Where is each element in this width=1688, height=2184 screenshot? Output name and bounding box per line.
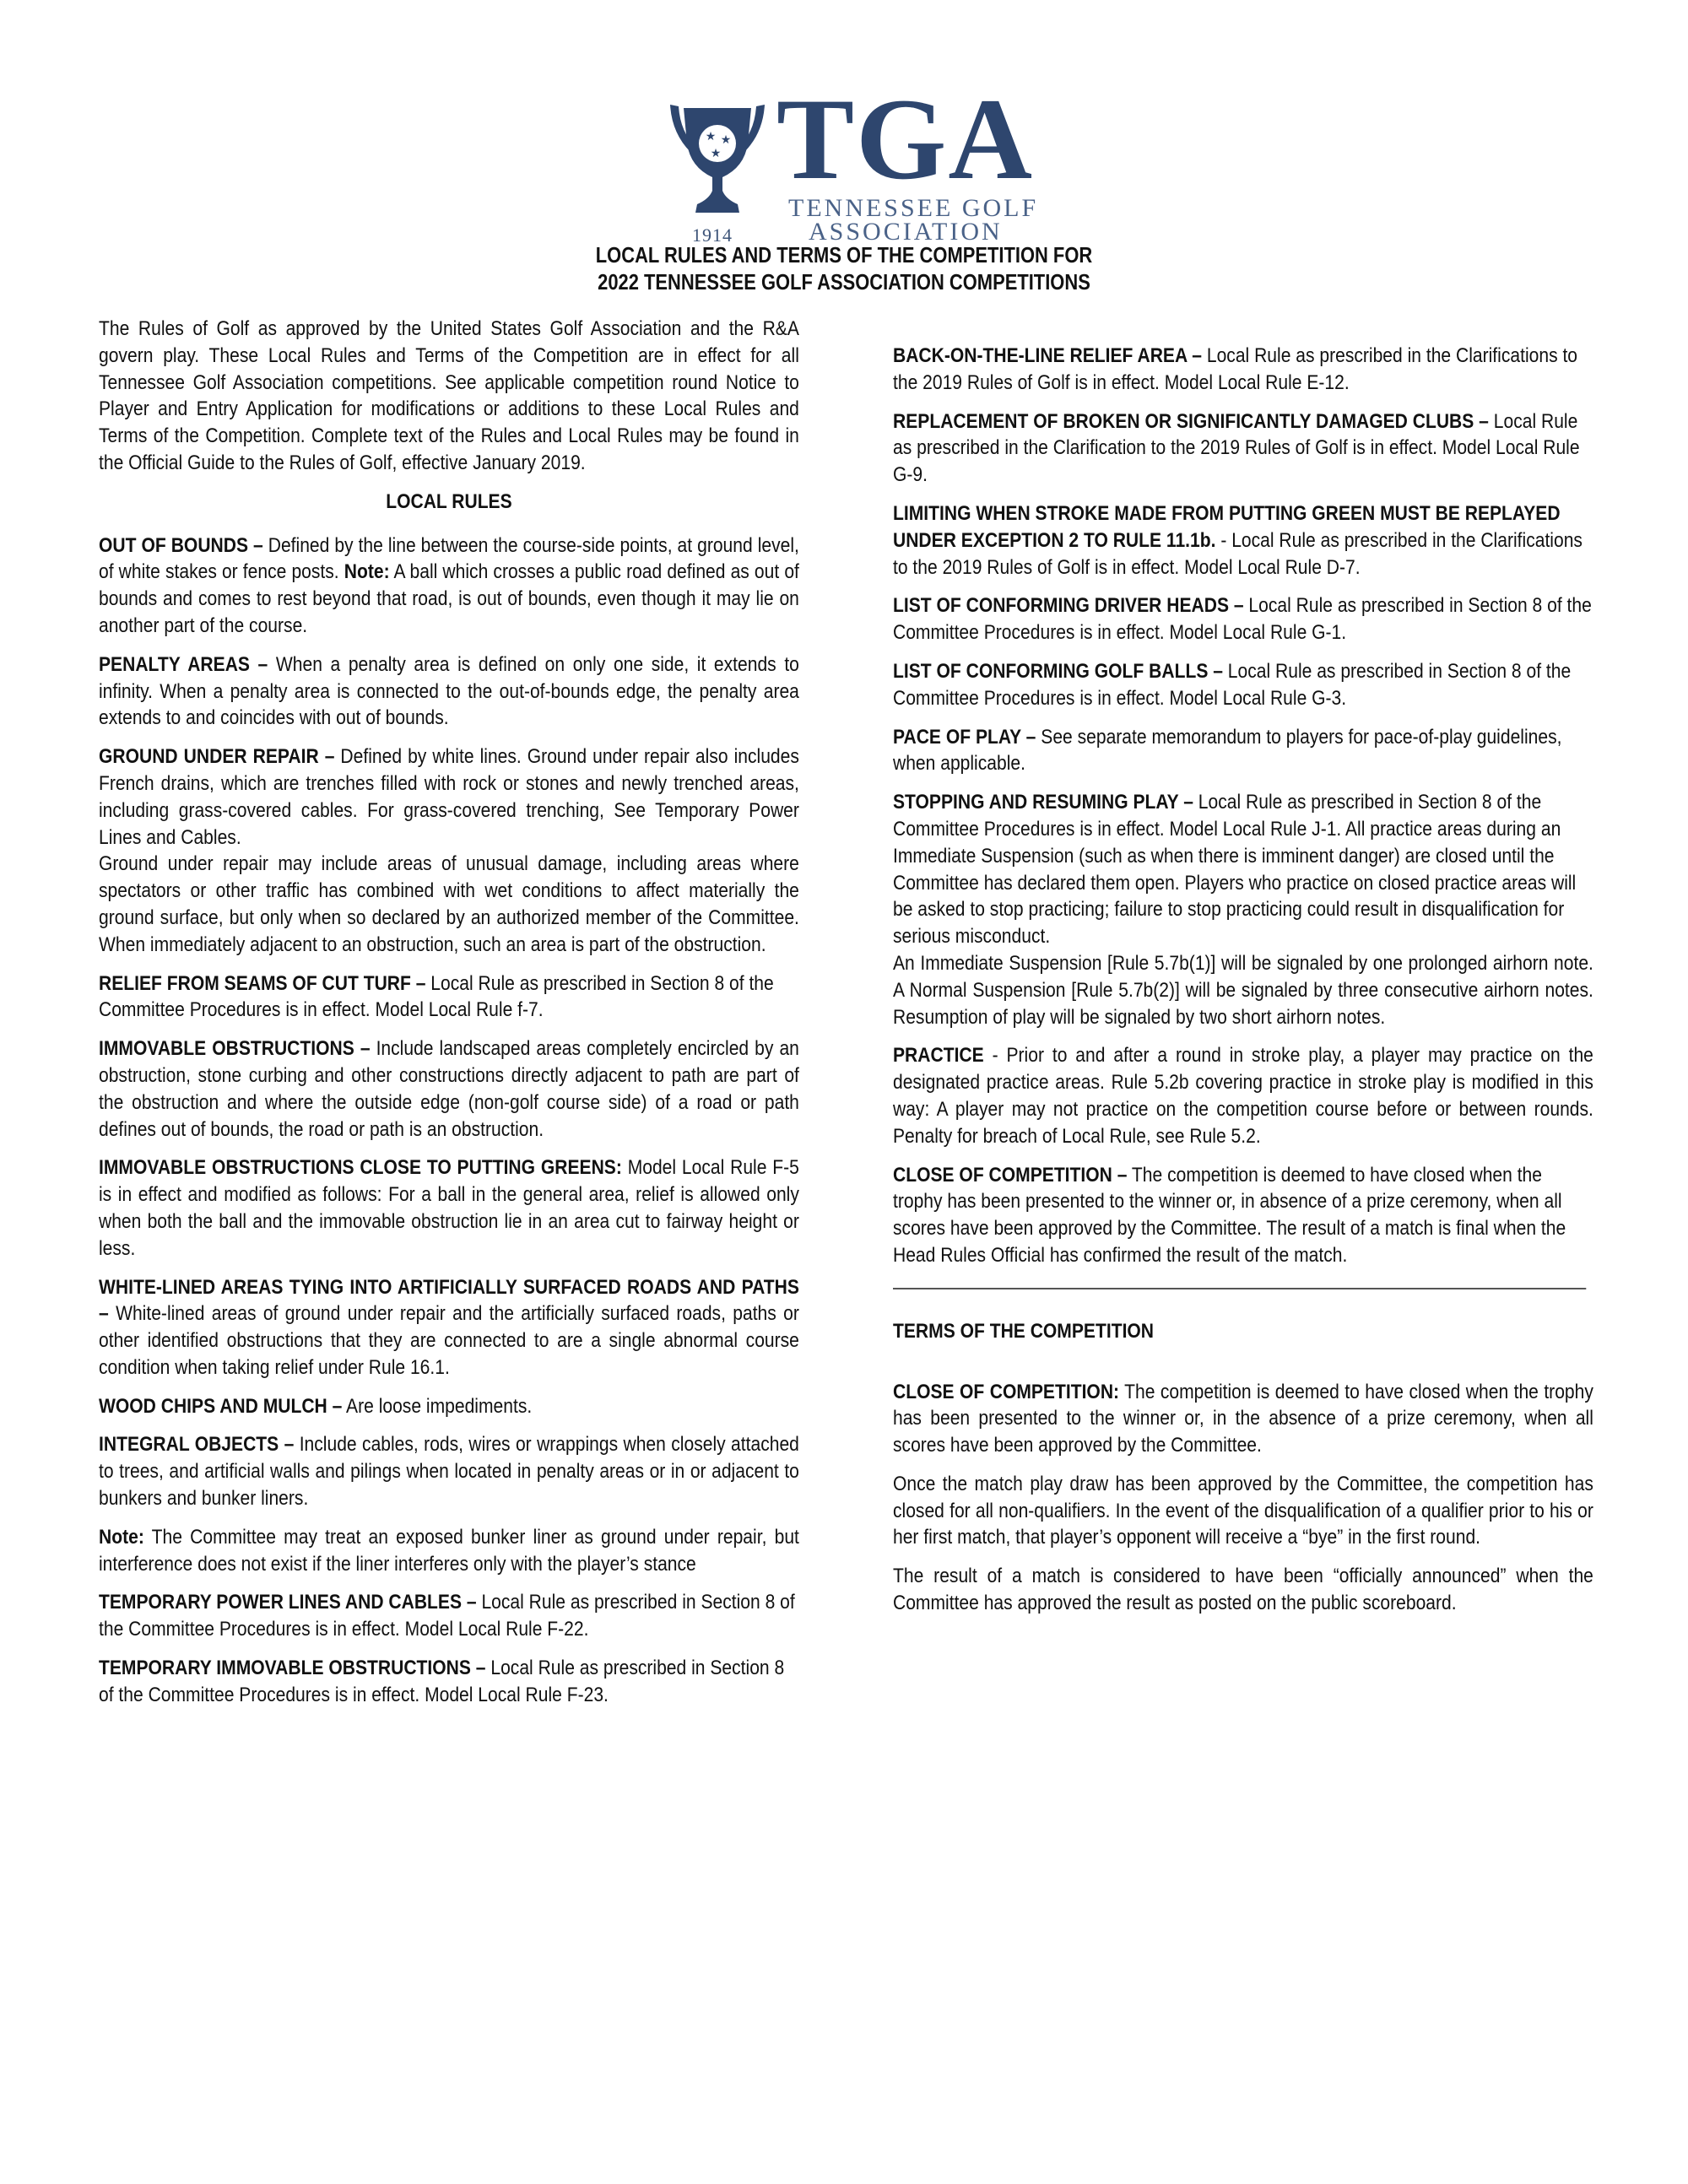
- rule-stopping-resuming-play-cont: An Immediate Suspension [Rule 5.7b(1)] w…: [893, 950, 1593, 1030]
- rule-heading: IMMOVABLE OBSTRUCTIONS CLOSE TO PUTTING …: [99, 1156, 622, 1179]
- rule-obstructions-near-greens: IMMOVABLE OBSTRUCTIONS CLOSE TO PUTTING …: [99, 1154, 799, 1262]
- rule-heading: BACK-ON-THE-LINE RELIEF AREA –: [893, 344, 1202, 367]
- rule-immovable-obstructions: IMMOVABLE OBSTRUCTIONS – Include landsca…: [99, 1035, 799, 1143]
- terms-officially-announced: The result of a match is considered to h…: [893, 1563, 1593, 1617]
- rule-heading: LIST OF CONFORMING GOLF BALLS –: [893, 660, 1223, 683]
- rule-seams-cut-turf: RELIEF FROM SEAMS OF CUT TURF – Local Ru…: [99, 970, 799, 1024]
- rule-back-on-the-line: BACK-ON-THE-LINE RELIEF AREA – Local Rul…: [893, 343, 1593, 397]
- svg-text:★: ★: [706, 129, 717, 143]
- terms-close-heading: CLOSE OF COMPETITION:: [893, 1381, 1119, 1403]
- logo-acronym: TGA: [776, 81, 1034, 197]
- left-column: The Rules of Golf as approved by the Uni…: [99, 316, 799, 1721]
- rule-out-of-bounds: OUT OF BOUNDS – Defined by the line betw…: [99, 532, 799, 640]
- logo-name-line2: ASSOCIATION: [809, 219, 1003, 245]
- note-label: Note:: [344, 560, 390, 583]
- rule-heading: TEMPORARY POWER LINES AND CABLES –: [99, 1591, 477, 1614]
- svg-text:★: ★: [721, 132, 732, 146]
- title-line-2: 2022 TENNESSEE GOLF ASSOCIATION COMPETIT…: [481, 269, 1207, 296]
- local-rules-heading: LOCAL RULES: [99, 489, 799, 516]
- note-label: Note:: [99, 1526, 144, 1549]
- rule-heading: LIST OF CONFORMING DRIVER HEADS –: [893, 594, 1244, 617]
- rule-penalty-areas: PENALTY AREAS – When a penalty area is d…: [99, 651, 799, 732]
- rule-close-of-competition: CLOSE OF COMPETITION – The competition i…: [893, 1162, 1593, 1269]
- rule-integral-objects: INTEGRAL OBJECTS – Include cables, rods,…: [99, 1431, 799, 1511]
- rule-replacement-clubs: REPLACEMENT OF BROKEN OR SIGNIFICANTLY D…: [893, 408, 1593, 489]
- terms-close-of-competition: CLOSE OF COMPETITION: The competition is…: [893, 1379, 1593, 1459]
- rule-driver-heads: LIST OF CONFORMING DRIVER HEADS – Local …: [893, 592, 1593, 646]
- rule-heading: STOPPING AND RESUMING PLAY –: [893, 791, 1193, 814]
- intro-paragraph: The Rules of Golf as approved by the Uni…: [99, 316, 799, 477]
- rule-heading: INTEGRAL OBJECTS –: [99, 1433, 294, 1456]
- rule-heading: IMMOVABLE OBSTRUCTIONS –: [99, 1037, 371, 1060]
- terms-heading: TERMS OF THE COMPETITION: [893, 1318, 1593, 1345]
- rule-heading: TEMPORARY IMMOVABLE OBSTRUCTIONS –: [99, 1657, 486, 1679]
- rule-heading: PRACTICE: [893, 1044, 984, 1067]
- svg-text:★: ★: [711, 146, 722, 159]
- rule-heading: RELIEF FROM SEAMS OF CUT TURF –: [99, 972, 425, 995]
- rule-ground-under-repair-cont: Ground under repair may include areas of…: [99, 851, 799, 958]
- bunker-liner-note: Note: The Committee may treat an exposed…: [99, 1524, 799, 1578]
- rule-temporary-immovable-obstructions: TEMPORARY IMMOVABLE OBSTRUCTIONS – Local…: [99, 1655, 799, 1709]
- rule-heading: WOOD CHIPS AND MULCH –: [99, 1395, 342, 1418]
- trophy-cup-icon: ★ ★ ★: [667, 100, 768, 226]
- rule-heading: REPLACEMENT OF BROKEN OR SIGNIFICANTLY D…: [893, 410, 1489, 433]
- section-divider: [893, 1288, 1586, 1289]
- rule-wood-chips: WOOD CHIPS AND MULCH – Are loose impedim…: [99, 1393, 799, 1420]
- rule-heading: GROUND UNDER REPAIR –: [99, 745, 334, 768]
- terms-match-play-draw: Once the match play draw has been approv…: [893, 1471, 1593, 1551]
- rule-ground-under-repair: GROUND UNDER REPAIR – Defined by white l…: [99, 743, 799, 851]
- document-title: LOCAL RULES AND TERMS OF THE COMPETITION…: [481, 242, 1207, 296]
- rule-golf-balls: LIST OF CONFORMING GOLF BALLS – Local Ru…: [893, 658, 1593, 712]
- title-line-1: LOCAL RULES AND TERMS OF THE COMPETITION…: [481, 242, 1207, 269]
- rule-putting-green-replay: LIMITING WHEN STROKE MADE FROM PUTTING G…: [893, 500, 1593, 581]
- rule-stopping-resuming-play: STOPPING AND RESUMING PLAY – Local Rule …: [893, 789, 1593, 950]
- rule-white-lined-areas: WHITE-LINED AREAS TYING INTO ARTIFICIALL…: [99, 1274, 799, 1381]
- rule-heading: PACE OF PLAY –: [893, 726, 1036, 749]
- tga-logo: ★ ★ ★ 1914 TGA TENNESSEE GOLF ASSOCIATIO…: [667, 100, 1038, 243]
- rule-practice: PRACTICE - Prior to and after a round in…: [893, 1042, 1593, 1149]
- rule-heading: PENALTY AREAS –: [99, 653, 268, 676]
- rule-heading: OUT OF BOUNDS –: [99, 534, 263, 557]
- rule-pace-of-play: PACE OF PLAY – See separate memorandum t…: [893, 724, 1593, 778]
- right-column: BACK-ON-THE-LINE RELIEF AREA – Local Rul…: [893, 343, 1593, 1629]
- rule-heading: CLOSE OF COMPETITION –: [893, 1164, 1127, 1187]
- rule-temporary-power-lines: TEMPORARY POWER LINES AND CABLES – Local…: [99, 1589, 799, 1643]
